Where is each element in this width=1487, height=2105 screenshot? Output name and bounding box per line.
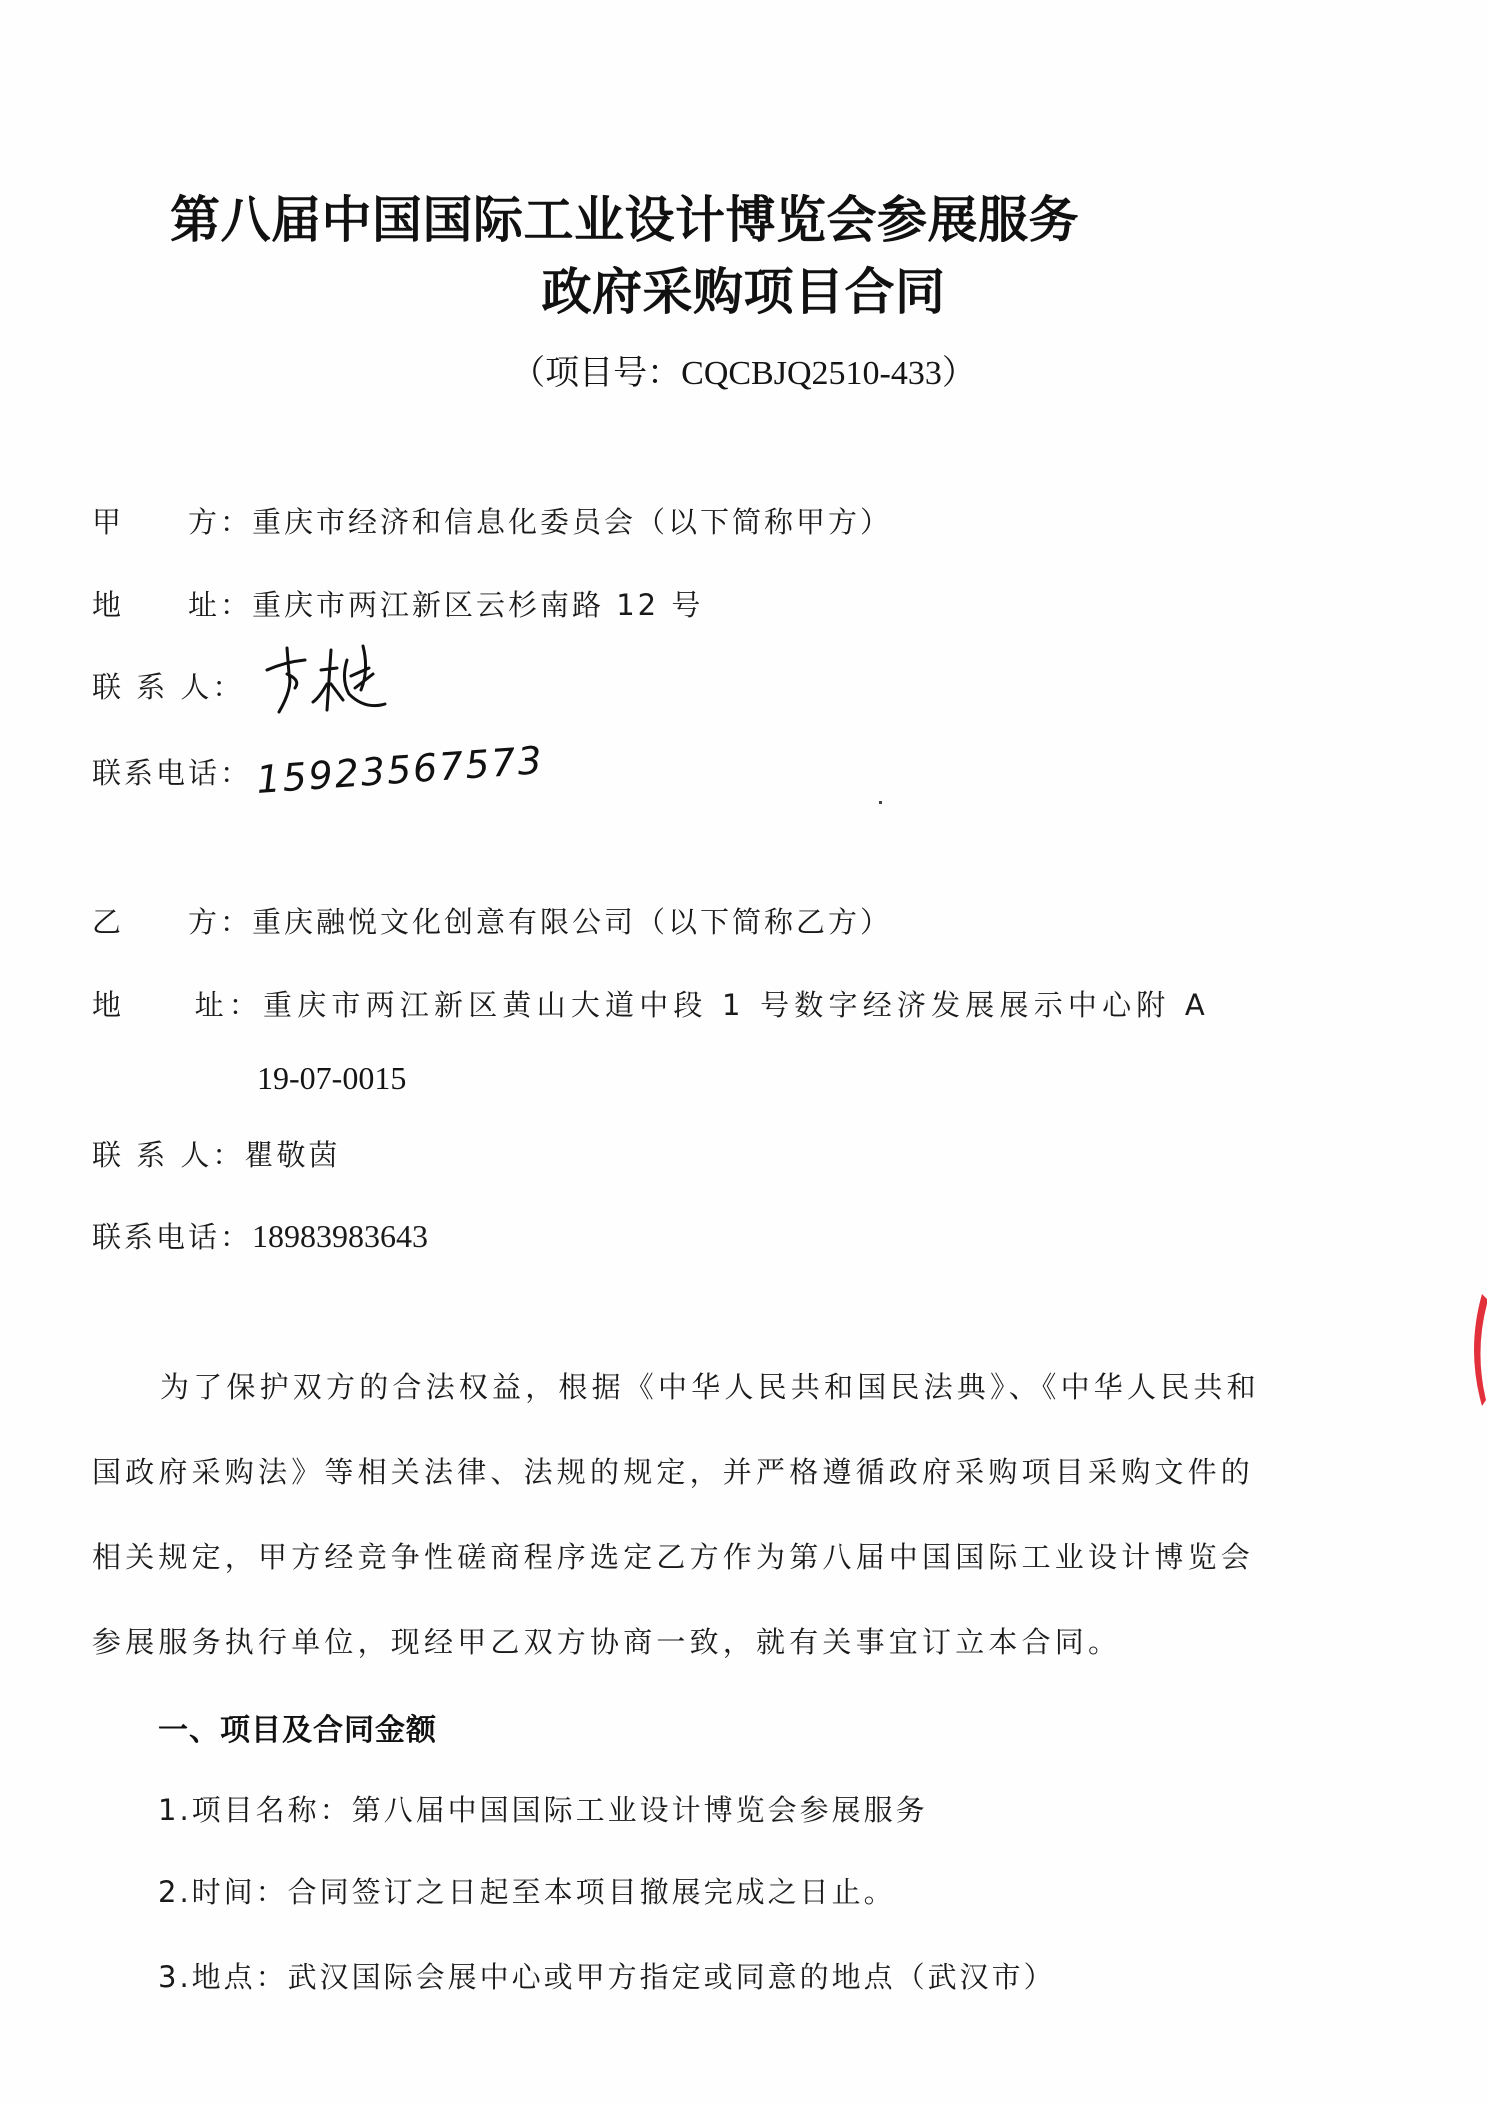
preamble-line-3: 相关规定，甲方经竞争性磋商程序选定乙方作为第八届中国国际工业设计博览会 [92, 1535, 1254, 1576]
party-a-address-row: 地 址：重庆市两江新区云杉南路 12 号 [92, 583, 703, 624]
party-b-contact-row: 联 系 人：瞿敬茵 [92, 1133, 340, 1174]
party-b-address-line1: 重庆市两江新区黄山大道中段 1 号数字经济发展展示中心附 A [263, 988, 1210, 1022]
party-b-phone-row: 联系电话：18983983643 [92, 1215, 428, 1256]
party-b-phone: 18983983643 [252, 1218, 428, 1254]
party-a-label: 甲 方： [92, 500, 252, 541]
party-b-address-row: 地 址：重庆市两江新区黄山大道中段 1 号数字经济发展展示中心附 A [92, 983, 1210, 1024]
party-b-name: 重庆融悦文化创意有限公司（以下简称乙方） [252, 905, 892, 939]
party-a-phone-row: 联系电话：15923567573 [92, 748, 544, 792]
preamble-line-2: 国政府采购法》等相关法律、法规的规定，并严格遵循政府采购项目采购文件的 [92, 1450, 1254, 1491]
party-a-phone-label: 联系电话： [92, 751, 252, 792]
section-heading: 一、项目及合同金额 [158, 1705, 437, 1749]
section-item-1: 1.项目名称：第八届中国国际工业设计博览会参展服务 [158, 1788, 928, 1829]
project-number: （项目号：CQCBJQ2510-433） [0, 345, 1487, 394]
preamble-line-4: 参展服务执行单位，现经甲乙双方协商一致，就有关事宜订立本合同。 [92, 1620, 1121, 1661]
section-item-2: 2.时间：合同签订之日起至本项目撤展完成之日止。 [158, 1870, 896, 1911]
party-a-contact-label: 联 系 人： [92, 665, 244, 706]
preamble-line-1: 为了保护双方的合法权益，根据《中华人民共和国民法典》、《中华人民共和 [160, 1365, 1260, 1406]
party-b-address-label: 地 址： [92, 983, 263, 1024]
red-seal-stamp [1460, 1290, 1487, 1410]
party-b-contact: 瞿敬茵 [244, 1138, 340, 1172]
party-a-address: 重庆市两江新区云杉南路 12 号 [252, 588, 703, 622]
party-b-label: 乙 方： [92, 900, 252, 941]
scan-speck [879, 801, 882, 804]
party-a-name: 重庆市经济和信息化委员会（以下简称甲方） [252, 505, 892, 539]
party-b-contact-label: 联 系 人： [92, 1133, 244, 1174]
party-a-row: 甲 方：重庆市经济和信息化委员会（以下简称甲方） [92, 500, 892, 541]
party-b-address-line2: 19-07-0015 [257, 1060, 406, 1097]
party-b-row: 乙 方：重庆融悦文化创意有限公司（以下简称乙方） [92, 900, 892, 941]
handwritten-signature [265, 640, 405, 720]
party-a-phone-handwritten: 15923567573 [255, 738, 545, 802]
party-a-contact-row: 联 系 人： [92, 665, 244, 706]
section-item-3: 3.地点：武汉国际会展中心或甲方指定或同意的地点（武汉市） [158, 1955, 1056, 1996]
document-title-line1: 第八届中国国际工业设计博览会参展服务 [170, 180, 1079, 252]
party-a-address-label: 地 址： [92, 583, 252, 624]
party-b-phone-label: 联系电话： [92, 1215, 252, 1256]
contract-page: 第八届中国国际工业设计博览会参展服务 政府采购项目合同 （项目号：CQCBJQ2… [0, 0, 1487, 2105]
document-title-line2: 政府采购项目合同 [0, 252, 1487, 324]
